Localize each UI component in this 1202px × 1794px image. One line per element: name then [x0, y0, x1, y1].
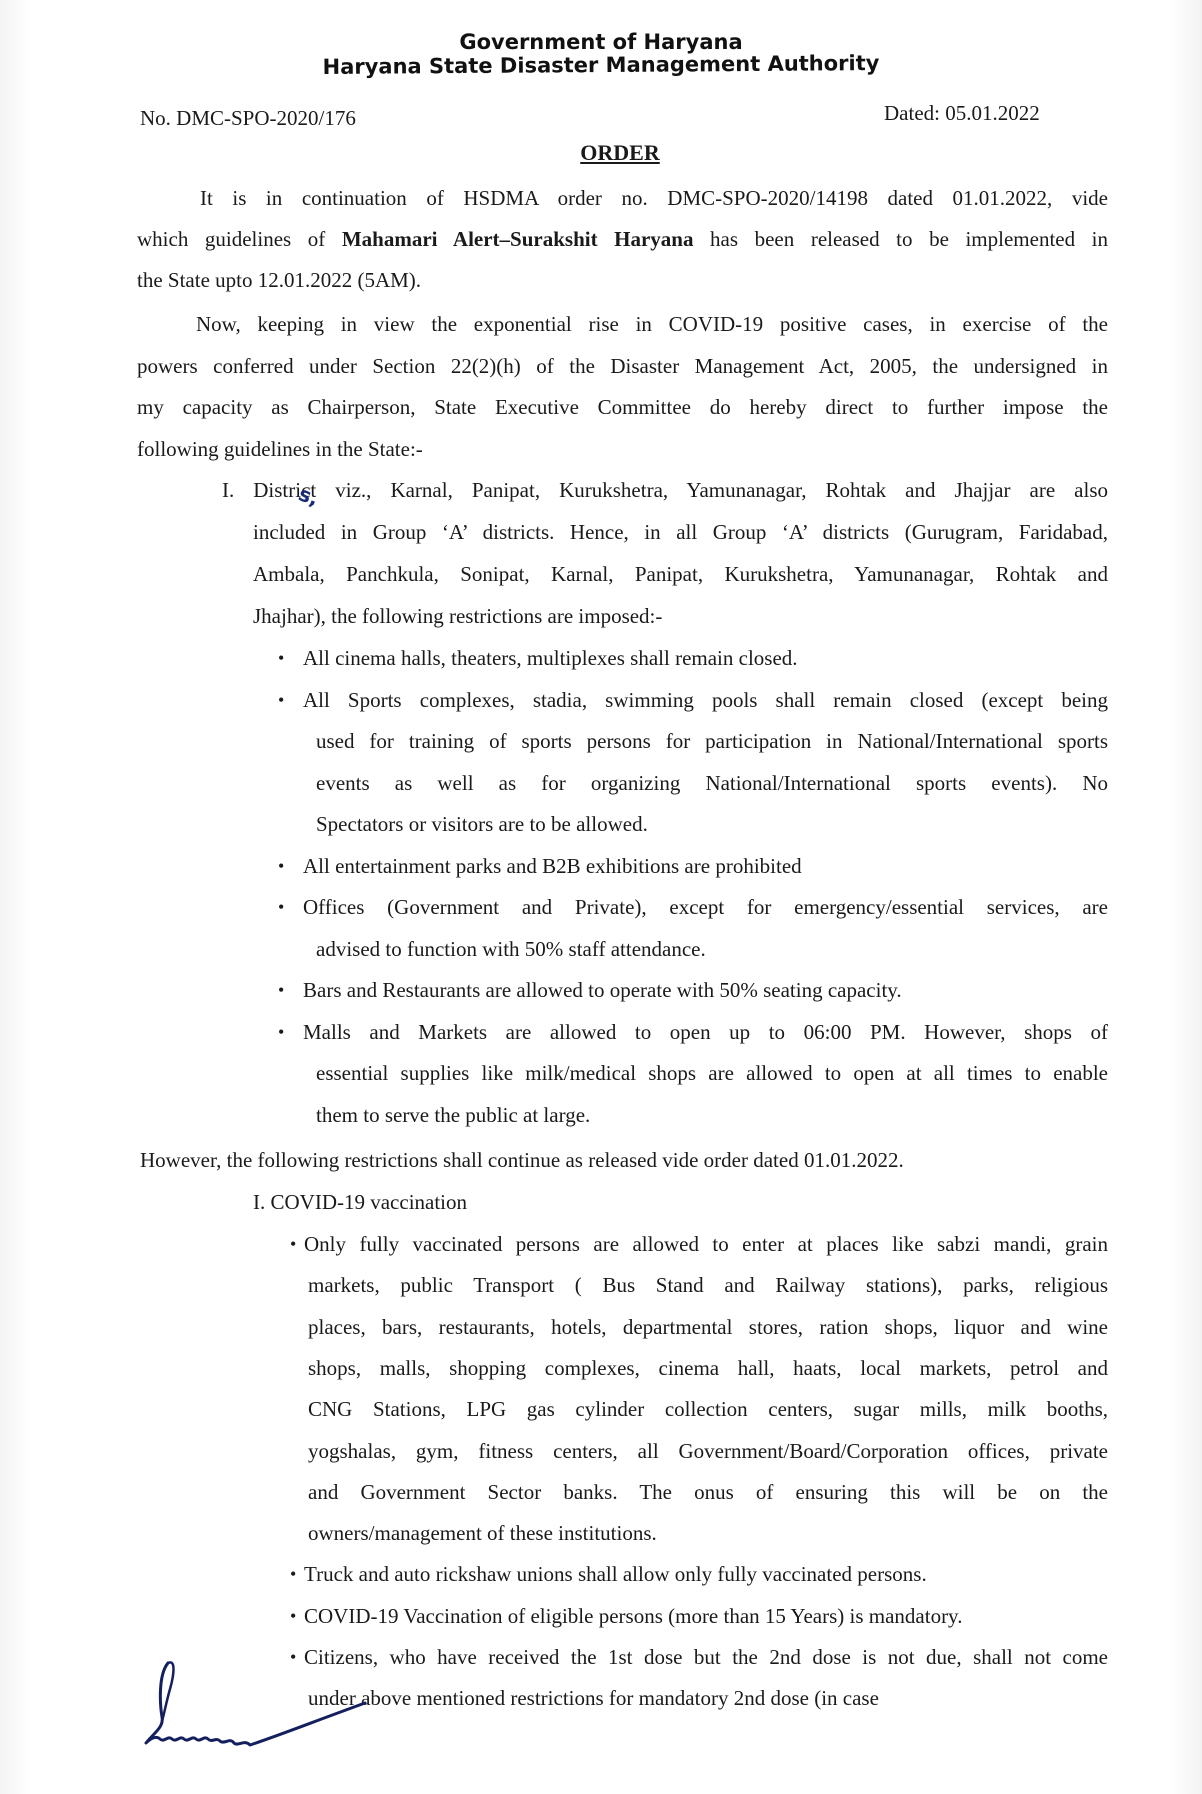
bullet-item-line: All entertainment parks and B2B exhibiti…	[303, 854, 802, 879]
order-date: Dated: 05.01.2022	[884, 101, 1040, 126]
bullet-item-line: CNG Stations, LPG gas cylinder collectio…	[308, 1397, 1108, 1422]
bullet-item-line: All cinema halls, theaters, multiplexes …	[303, 646, 798, 671]
bullet-item-line: used for training of sports persons for …	[316, 729, 1108, 754]
bullet-icon: •	[278, 856, 284, 877]
bullet-icon: •	[290, 1564, 296, 1585]
bullet-icon: •	[290, 1606, 296, 1627]
bullet-item-line: them to serve the public at large.	[316, 1103, 590, 1128]
bullet-item-line: Offices (Government and Private), except…	[303, 895, 1108, 920]
bullet-icon: •	[278, 648, 284, 669]
document-title: ORDER	[0, 140, 1202, 166]
bullet-item-line: All Sports complexes, stadia, swimming p…	[303, 688, 1108, 713]
para2-line3: my capacity as Chairperson, State Execut…	[137, 395, 1108, 420]
para1-line1: It is in continuation of HSDMA order no.…	[200, 186, 1108, 211]
bullet-icon: •	[278, 980, 284, 1001]
section1-line3: Ambala, Panchkula, Sonipat, Karnal, Pani…	[253, 562, 1108, 587]
bullet-item-line: yogshalas, gym, fitness centers, all Gov…	[308, 1439, 1108, 1464]
para1-text: which guidelines of	[137, 227, 342, 251]
bullet-item-line: Spectators or visitors are to be allowed…	[316, 812, 648, 837]
bullet-item-line: Bars and Restaurants are allowed to oper…	[303, 978, 902, 1003]
para2-line2: powers conferred under Section 22(2)(h) …	[137, 354, 1108, 379]
bullet-item-line: essential supplies like milk/medical sho…	[316, 1061, 1108, 1086]
bullet-icon: •	[278, 690, 284, 711]
section1-line2: included in Group ‘A’ districts. Hence, …	[253, 520, 1108, 545]
para1-line3: the State upto 12.01.2022 (5AM).	[137, 268, 421, 293]
bullet-icon: •	[278, 1022, 284, 1043]
section1-line1: I. District viz., Karnal, Panipat, Kuruk…	[222, 478, 1108, 503]
para1-line2: which guidelines of Mahamari Alert–Surak…	[137, 227, 1108, 252]
scheme-name: Mahamari Alert–Surakshit Haryana	[342, 227, 694, 251]
bullet-item-line: Malls and Markets are allowed to open up…	[303, 1020, 1108, 1045]
bullet-item-line: owners/management of these institutions.	[308, 1521, 657, 1546]
document-page: Government of Haryana Haryana State Disa…	[0, 0, 1202, 1794]
bullet-item-line: COVID-19 Vaccination of eligible persons…	[304, 1604, 962, 1629]
bullet-item-line: events as well as for organizing Nationa…	[316, 771, 1108, 796]
handwritten-signature-icon	[140, 1655, 380, 1755]
reference-number: No. DMC-SPO-2020/176	[140, 106, 356, 131]
section2-heading: I. COVID-19 vaccination	[253, 1190, 467, 1215]
bullet-item-line: markets, public Transport ( Bus Stand an…	[308, 1273, 1108, 1298]
bullet-item-line: advised to function with 50% staff atten…	[316, 937, 706, 962]
para1-text: has been released to be implemented in	[693, 227, 1108, 251]
bullet-item-line: and Government Sector banks. The onus of…	[308, 1480, 1108, 1505]
para2-line1: Now, keeping in view the exponential ris…	[196, 312, 1108, 337]
bullet-item-line: Citizens, who have received the 1st dose…	[304, 1645, 1108, 1670]
para2-line4: following guidelines in the State:-	[137, 437, 423, 462]
continuation-note: However, the following restrictions shal…	[140, 1148, 904, 1173]
bullet-item-line: Truck and auto rickshaw unions shall all…	[304, 1562, 927, 1587]
bullet-icon: •	[278, 897, 284, 918]
bullet-item-line: shops, malls, shopping complexes, cinema…	[308, 1356, 1108, 1381]
bullet-item-line: under above mentioned restrictions for m…	[308, 1686, 879, 1711]
section1-line4: Jhajhar), the following restrictions are…	[253, 604, 662, 629]
bullet-item-line: Only fully vaccinated persons are allowe…	[304, 1232, 1108, 1257]
bullet-icon: •	[290, 1234, 296, 1255]
bullet-item-line: places, bars, restaurants, hotels, depar…	[308, 1315, 1108, 1340]
